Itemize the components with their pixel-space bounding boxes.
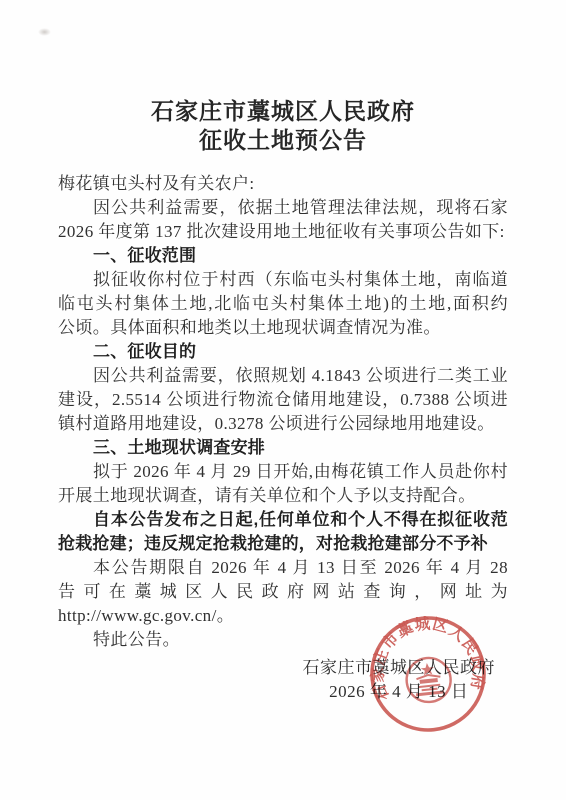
text-line: 开展土地现状调查，请有关单位和个人予以支持配合。 (58, 484, 508, 508)
text-line: 公顷。具体面积和地类以土地现状调查情况为准。 (58, 316, 508, 340)
title-line-2: 征收土地预公告 (58, 126, 508, 155)
text-line: 镇村道路用地建设，0.3278 公顷进行公园绿地用地建设。 (58, 412, 508, 436)
official-seal: 石家庄市藁城区人民政府 (360, 606, 496, 742)
document-page: 石家庄市藁城区人民政府 征收土地预公告 梅花镇屯头村及有关农户: 因公共利益需要… (0, 0, 566, 800)
national-emblem-icon (404, 656, 452, 704)
section-heading: 一、征收范围 (58, 244, 508, 268)
text-line: 建设，2.5514 公顷进行物流仓储用地建设，0.7388 公顷进行城 (58, 388, 508, 412)
text-line: 自本公告发布之日起,任何单位和个人不得在拟征收范围内 (58, 508, 508, 532)
document-title: 石家庄市藁城区人民政府 征收土地预公告 (58, 97, 508, 155)
scan-smudge (38, 28, 51, 36)
text-line: 临屯头村集体土地,北临屯头村集体土地)的土地,面积约 7.8023 (58, 292, 508, 316)
text-line: 本公告期限自 2026 年 4 月 13 日至 2026 年 4 月 28 日。… (58, 556, 508, 580)
text-line: 因公共利益需要，依据土地管理法律法规，现将石家庄市 (58, 196, 508, 220)
title-line-1: 石家庄市藁城区人民政府 (58, 97, 508, 126)
text-line: 拟征收你村位于村西（东临屯头村集体土地，南临道路，西 (58, 268, 508, 292)
paragraphs: 因公共利益需要，依据土地管理法律法规，现将石家庄市2026 年度第 137 批次… (58, 196, 508, 652)
section-heading: 二、征收目的 (58, 340, 508, 364)
text-line: 告 可 在 藁 城 区 人 民 政 府 网 站 查 询 ， 网 址 为 (58, 580, 508, 604)
text-line: 2026 年度第 137 批次建设用地土地征收有关事项公告如下: (58, 220, 508, 244)
text-line: 拟于 2026 年 4 月 29 日开始,由梅花镇工作人员赴你村组织 (58, 460, 508, 484)
text-line: 抢栽抢建；违反规定抢栽抢建的，对抢栽抢建部分不予补偿。 (58, 532, 508, 556)
document-body: 梅花镇屯头村及有关农户: 因公共利益需要，依据土地管理法律法规，现将石家庄市20… (58, 172, 508, 652)
text-line: 因公共利益需要，依照规划 4.1843 公顷进行二类工业用地 (58, 364, 508, 388)
salutation: 梅花镇屯头村及有关农户: (58, 172, 508, 196)
section-heading: 三、土地现状调查安排 (58, 436, 508, 460)
